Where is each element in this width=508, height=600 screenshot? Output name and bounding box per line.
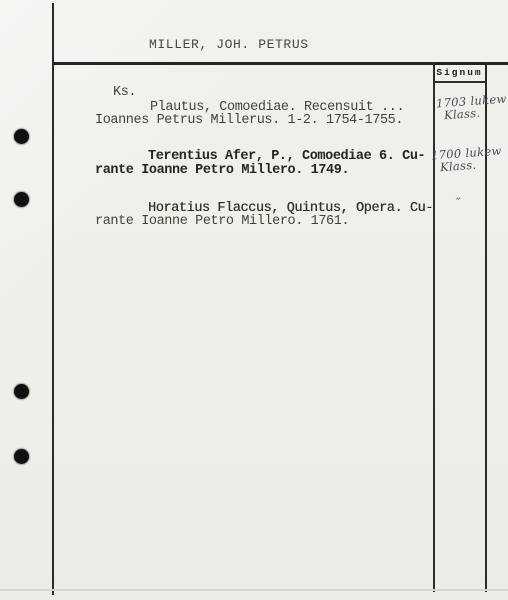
left-margin-rule	[52, 3, 54, 595]
catalog-card: MILLER, JOH. PETRUS Signum Ks. Plautus, …	[0, 0, 508, 600]
handwritten-signum: Klass.	[440, 159, 477, 174]
signum-column-left-rule	[433, 62, 435, 592]
top-horizontal-rule	[53, 62, 508, 65]
card-bottom-edge	[0, 589, 508, 591]
punch-hole	[14, 384, 29, 399]
entry-continuation-line: rante Ioanne Petro Millero. 1761.	[95, 215, 349, 228]
entry-continuation-line: rante Ioanne Petro Millero. 1749.	[95, 164, 349, 177]
punch-hole	[14, 449, 29, 464]
punch-hole	[14, 129, 29, 144]
shelf-prefix: Ks.	[113, 86, 136, 99]
card-heading: MILLER, JOH. PETRUS	[149, 37, 309, 52]
punch-hole	[14, 192, 29, 207]
signum-header-underline	[433, 81, 487, 83]
handwritten-signum: Klass.	[444, 107, 481, 122]
entry-continuation-line: Ioannes Petrus Millerus. 1-2. 1754-1755.	[95, 114, 403, 127]
ditto-mark: ″	[454, 198, 461, 211]
entry-title-line: Terentius Afer, P., Comoediae 6. Cu-	[148, 150, 425, 163]
signum-column-header: Signum	[433, 67, 486, 78]
signum-column-right-rule	[485, 62, 487, 592]
